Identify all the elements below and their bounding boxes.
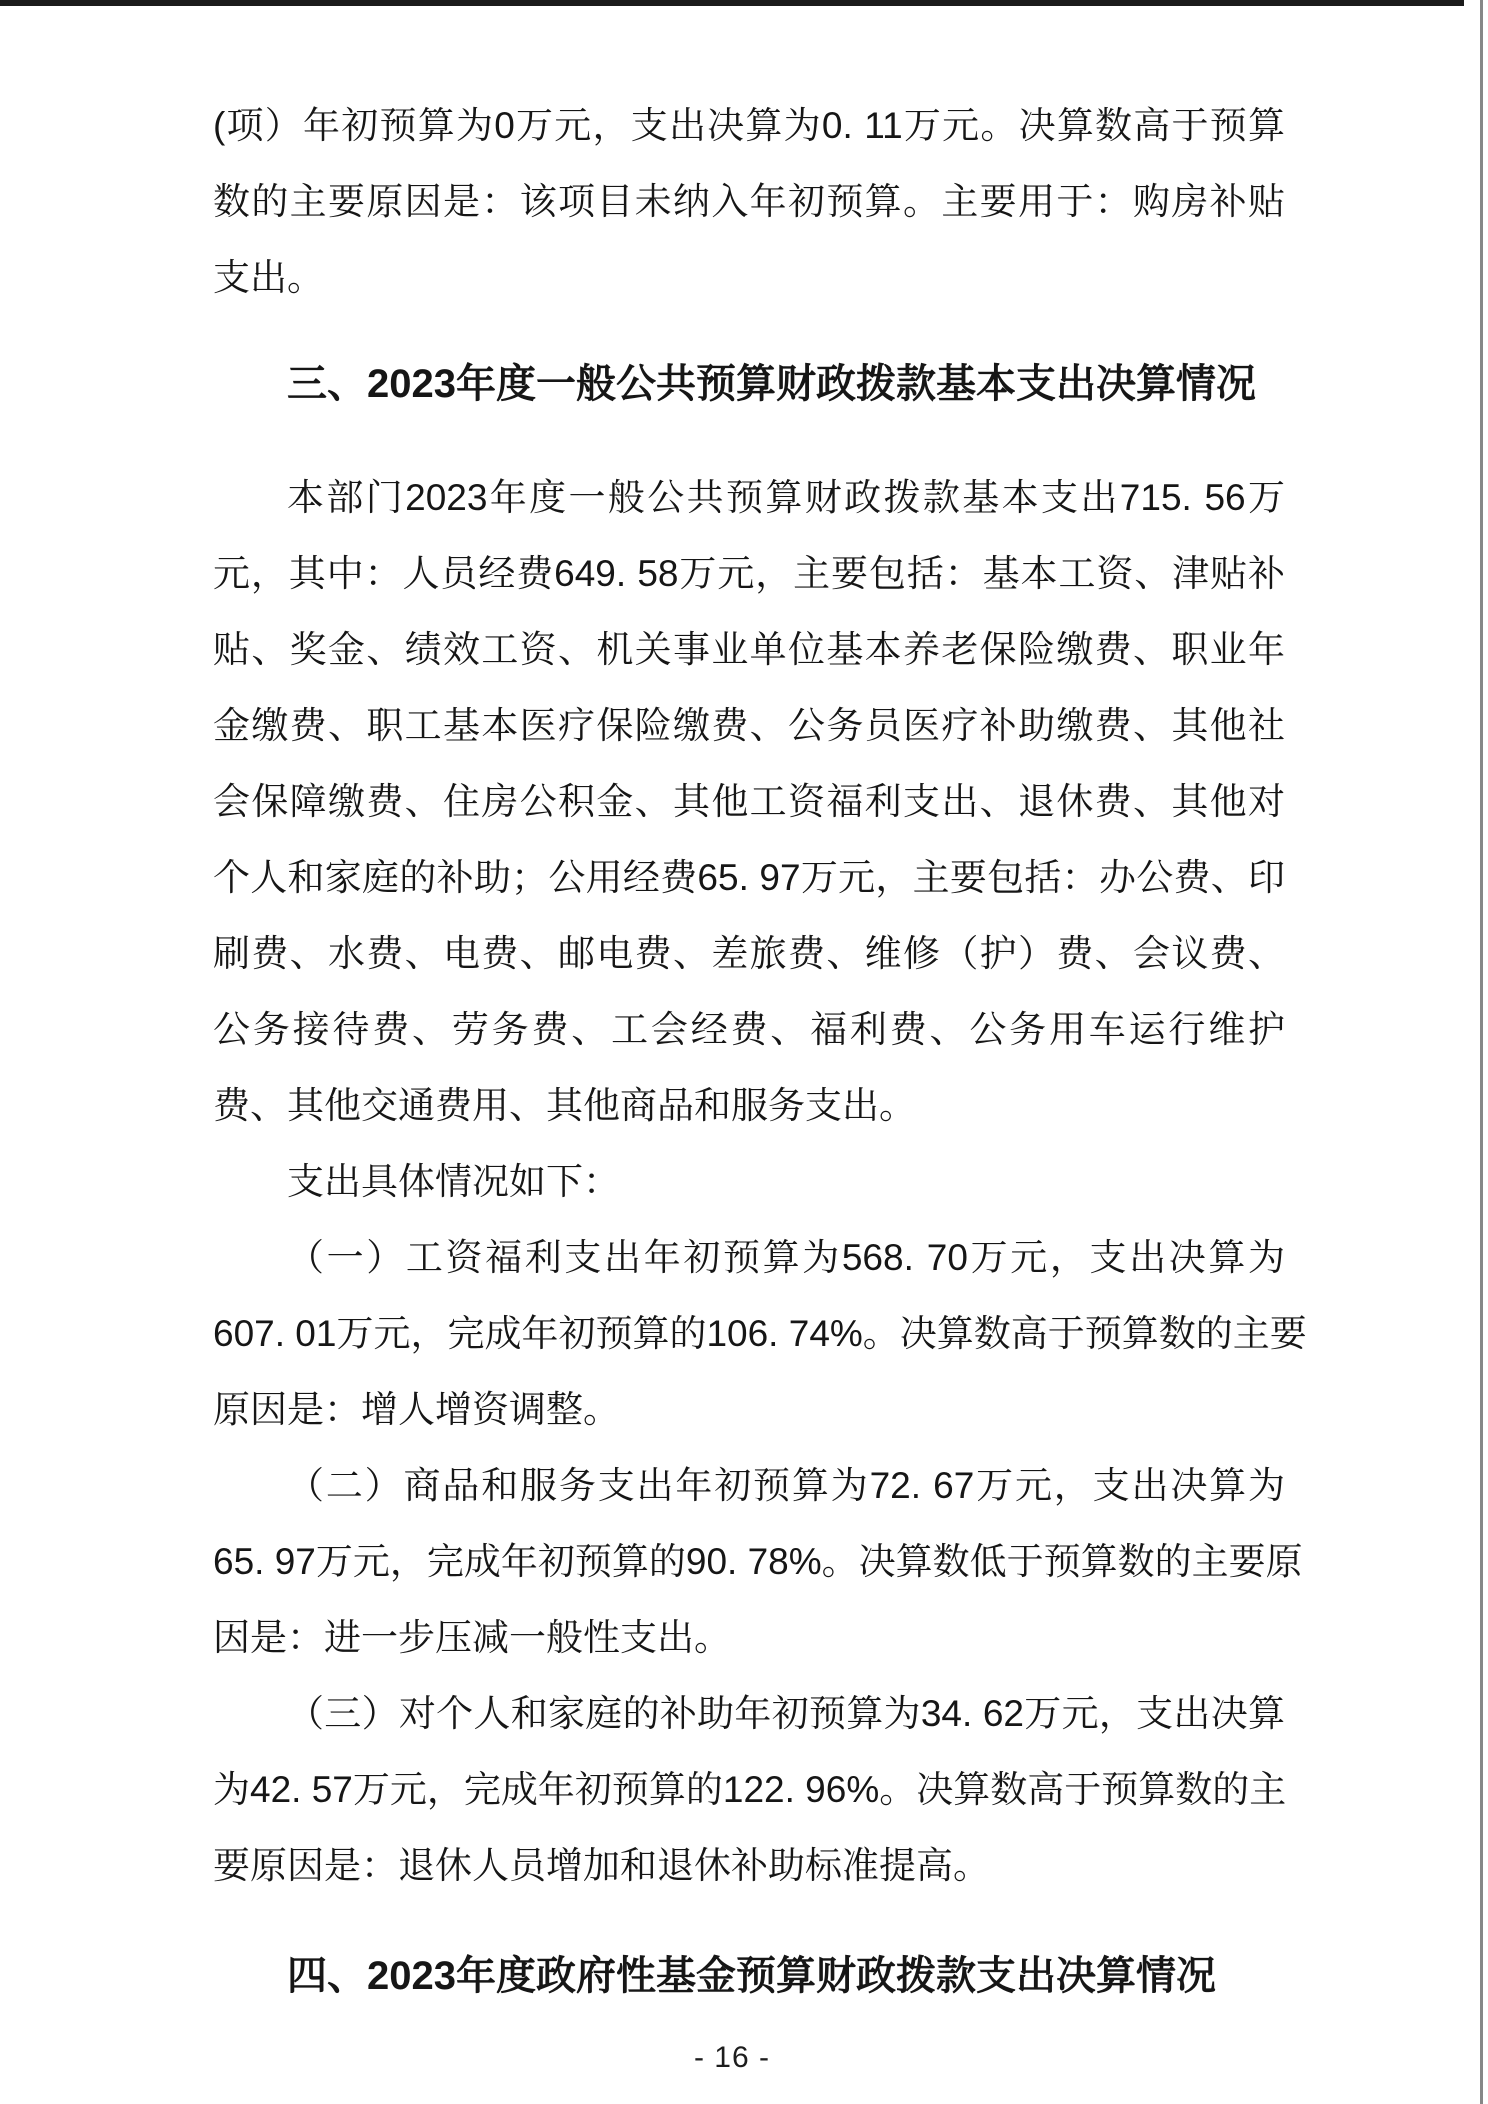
page-number: - 16 - xyxy=(0,2036,1464,2080)
body-line: 本部门2023年度一般公共预算财政拨款基本支出715. 56万 xyxy=(213,460,1285,536)
body-line: 原因是：增人增资调整。 xyxy=(213,1372,1285,1448)
body-line: 刷费、水费、电费、邮电费、差旅费、维修（护）费、会议费、 xyxy=(213,916,1285,992)
body-line: （三）对个人和家庭的补助年初预算为34. 62万元，支出决算 xyxy=(213,1676,1285,1752)
body-line: (项）年初预算为0万元，支出决算为0. 11万元。决算数高于预算 xyxy=(213,88,1285,164)
scan-artifact-right-edge-line xyxy=(1480,0,1483,2104)
body-line: 支出具体情况如下： xyxy=(213,1144,1285,1220)
body-line: （二）商品和服务支出年初预算为72. 67万元，支出决算为 xyxy=(213,1448,1285,1524)
body-line: 因是：进一步压减一般性支出。 xyxy=(213,1600,1285,1676)
body-line: 支出。 xyxy=(213,240,1285,316)
body-line: 数的主要原因是：该项目未纳入年初预算。主要用于：购房补贴 xyxy=(213,164,1285,240)
body-line: （一）工资福利支出年初预算为568. 70万元，支出决算为 xyxy=(213,1220,1285,1296)
section-heading-four: 四、2023年度政府性基金预算财政拨款支出决算情况 xyxy=(213,1938,1285,2014)
scan-artifact-top-bar xyxy=(0,0,1464,6)
section-heading-three: 三、2023年度一般公共预算财政拨款基本支出决算情况 xyxy=(213,346,1285,422)
body-line: 个人和家庭的补助；公用经费65. 97万元，主要包括：办公费、印 xyxy=(213,840,1285,916)
body-line: 费、其他交通费用、其他商品和服务支出。 xyxy=(213,1068,1285,1144)
body-line: 金缴费、职工基本医疗保险缴费、公务员医疗补助缴费、其他社 xyxy=(213,688,1285,764)
body-line: 要原因是：退休人员增加和退休补助标准提高。 xyxy=(213,1828,1285,1904)
document-content: (项）年初预算为0万元，支出决算为0. 11万元。决算数高于预算 数的主要原因是… xyxy=(213,88,1285,2014)
body-line: 会保障缴费、住房公积金、其他工资福利支出、退休费、其他对 xyxy=(213,764,1285,840)
document-page: (项）年初预算为0万元，支出决算为0. 11万元。决算数高于预算 数的主要原因是… xyxy=(0,0,1488,2104)
body-line: 607. 01万元，完成年初预算的106. 74%。决算数高于预算数的主要 xyxy=(213,1296,1285,1372)
body-line: 贴、奖金、绩效工资、机关事业单位基本养老保险缴费、职业年 xyxy=(213,612,1285,688)
body-line: 元，其中：人员经费649. 58万元，主要包括：基本工资、津贴补 xyxy=(213,536,1285,612)
body-line: 公务接待费、劳务费、工会经费、福利费、公务用车运行维护 xyxy=(213,992,1285,1068)
body-line: 为42. 57万元，完成年初预算的122. 96%。决算数高于预算数的主 xyxy=(213,1752,1285,1828)
body-line: 65. 97万元，完成年初预算的90. 78%。决算数低于预算数的主要原 xyxy=(213,1524,1285,1600)
